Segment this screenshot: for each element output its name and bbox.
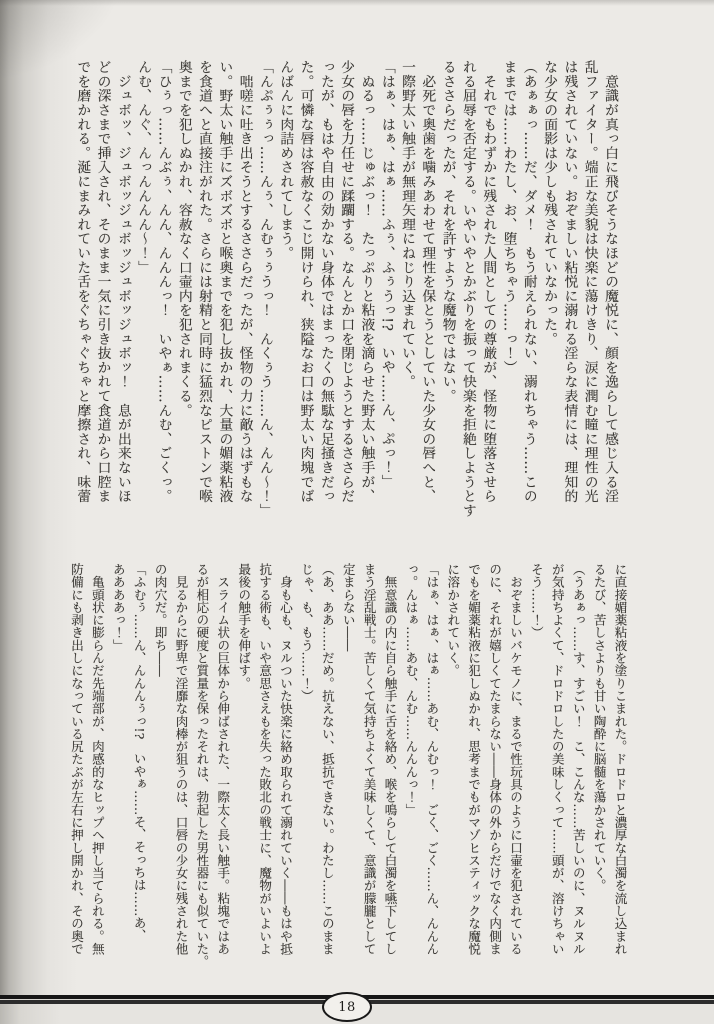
text-column: 「はぁ、はぁ、はぁ……ふぅ、ふぅうっ!? いや……ん、ぷっ！」 <box>376 60 396 498</box>
text-column: 身も心も、ヌルついた快楽に絡め取られて溺れていく――もはや抵 <box>275 563 296 955</box>
text-column: ぬるっ……じゅぶっ！ たっぷりと粘液を滴らせた野太い触手が、 <box>356 60 376 498</box>
text-column: スライム状の巨体から伸ばされた、一際太く長い触手。粘塊ではあ <box>212 563 233 955</box>
text-column: 「んぷぅぅっ……んぅ、んむぅぅうっ！ んくぅう……ん、んん～！」 <box>255 60 275 498</box>
text-column: でもを媚薬粘液に犯しぬかれ、思考までもがマゾヒスティックな魔悦 <box>463 563 484 955</box>
text-column: 最後の触手を伸ばす。 <box>233 563 254 955</box>
text-column: ジュボッ、ジュボッジュボッジュボッジュボッ！ 息が出来ないほ <box>113 60 133 498</box>
text-column: ったが、もはや自由の効かない身体ではまったくの無駄な足掻きだっ <box>316 60 336 498</box>
text-column: 「はぁ、はぁ、はぁ……あむ、んむっ！ ごく、ごく……ん、んんん <box>421 563 442 955</box>
text-column: （あ、ああ……だめ。抗えない、抵抗できない。わたし……このまま <box>316 563 337 955</box>
text-column: （うあぁっ……す、すごい！ こ、こんな……苦しいのに、ヌルヌル <box>567 563 588 955</box>
text-column: 抗する術も、いや意思さえもを失った敗北の戦士に、魔物がいよいよ <box>254 563 275 955</box>
text-column: ああああっ！」 <box>107 563 128 955</box>
text-column: に溶かされていく。 <box>442 563 463 955</box>
text-column: 少女の唇を力任せに蹂躙する。なんとか口を閉じようとするささらだ <box>336 60 356 498</box>
text-column: るたび、苦しさよりも甘い陶酔に脳髄を蕩かされていく。 <box>588 563 609 955</box>
text-column: が気持ちよくて、ドロドロしたの美味しくって……頭が、溶けちゃい <box>546 563 567 955</box>
text-column: ままでは……わたし、お、堕ちちゃう……っ！） <box>498 60 518 498</box>
text-column: の肉穴だ。即ち―― <box>149 563 170 955</box>
text-column: に直接媚薬粘液を塗りこまれた。ドロドロと濃厚な白濁を流し込まれ <box>609 563 630 955</box>
text-column: 「ふむぅ……ん、んんんぅっ!? いやぁ……そ、そっちは……あ、 <box>128 563 149 955</box>
text-column: 防備にも剥き出しになっている尻たぶが左右に押し開かれ、その奥で <box>66 563 87 955</box>
text-column: 亀頭状に膨らんだ先端部が、肉感的なヒップへ押し当てられる。無 <box>86 563 107 955</box>
text-column: おぞましいバケモノに、まるで性玩具のように口壷を犯されている <box>505 563 526 955</box>
text-column: 見るからに野卑で淫靡な肉棒が狙うのは、口唇の少女に残された他 <box>170 563 191 955</box>
text-column: 無意識の内に自ら触手に舌を絡め、喉を鳴らして白濁を嚥下してし <box>379 563 400 955</box>
text-column: （あぁぁっ……だ、ダメ！ もう耐えられない、溺れちゃう……この <box>519 60 539 498</box>
text-column: んむ、んぐ、んっんんんん～！」 <box>133 60 153 498</box>
text-column: 定まらない―― <box>337 563 358 955</box>
text-column: は残されていない。おぞましい粘悦に溺れる淫らな表情には、理知的 <box>559 60 579 498</box>
text-column: 必死で奥歯を噛みあわせて理性を保とうとしていた少女の唇へと、 <box>417 60 437 498</box>
scanned-page: 意識が真っ白に飛びそうなほどの魔悦に、顔を逸らして感じ入る淫乱ファイター。端正な… <box>0 0 714 1024</box>
text-column: っ。んはぁ……あむ、んむ……んんんっ！」 <box>400 563 421 955</box>
page-number-badge: 18 <box>322 992 372 1022</box>
page-number: 18 <box>338 1000 356 1015</box>
text-column: るささらだったが、それを許すような魔物ではない。 <box>437 60 457 498</box>
text-column: い。野太い触手にズボズボと喉奥までを犯し抜かれ、大量の媚薬粘液 <box>214 60 234 498</box>
text-column: のに、それが嬉しくてたまらない――身体の外からだけでなく内側ま <box>484 563 505 955</box>
text-column: んばんに肉詰めされてしまう。 <box>275 60 295 498</box>
text-column: 意識が真っ白に飛びそうなほどの魔悦に、顔を逸らして感じ入る淫 <box>600 60 620 498</box>
text-column: 乱ファイター。端正な美貌は快楽に蕩けきり、涙に潤む瞳に理性の光 <box>579 60 599 498</box>
text-column: た。可憐な唇は容赦なくこじ開けられ、狭隘なお口は野太い肉塊でば <box>295 60 315 498</box>
text-column: を食道へと直接注がれた。さらには射精と同時に猛烈なピストンで喉 <box>194 60 214 498</box>
text-column: どの深さまで挿入され、そのまま一気に引き抜かれて食道から口腔ま <box>92 60 112 498</box>
text-column: 奥までを犯しぬかれ、容赦なく口壷内を犯されまくる。 <box>173 60 193 498</box>
text-column: それでもわずかに残された人間としての尊厳が、怪物に堕落させら <box>478 60 498 498</box>
text-block-bottom: に直接媚薬粘液を塗りこまれた。ドロドロと濃厚な白濁を流し込まれるたび、苦しさより… <box>66 563 630 955</box>
text-column: 咄嗟に吐き出そうとするささらだったが、怪物の力に敵うはずもな <box>234 60 254 498</box>
text-column: 「ひぅっ……んぶぅ、んん、んんんっ！ いやぁ……んむ、ごくっ。 <box>153 60 173 498</box>
text-column: じゃ、も、もう……！） <box>296 563 317 955</box>
text-column: そう……！） <box>525 563 546 955</box>
text-column: でを磨かれる。涎にまみれていた舌をぐちゃぐちゃと摩擦され、味蕾 <box>72 60 92 498</box>
text-column: まう淫乱戦士。苦しくて気持ちよくて美味しくて、意識が朦朧として <box>358 563 379 955</box>
text-column: 一際野太い触手が無理矢理にねじり込まれていく。 <box>397 60 417 498</box>
text-block-top: 意識が真っ白に飛びそうなほどの魔悦に、顔を逸らして感じ入る淫乱ファイター。端正な… <box>72 60 620 498</box>
text-column: れる屈辱を否定する。いやいやとかぶりを振って快楽を拒絶しようとす <box>458 60 478 498</box>
text-column: な少女の面影は少しも残されていなかった。 <box>539 60 559 498</box>
text-column: るが相応の硬度と質量を保ったそれは、勃起した男性器にも似ていた。 <box>191 563 212 955</box>
